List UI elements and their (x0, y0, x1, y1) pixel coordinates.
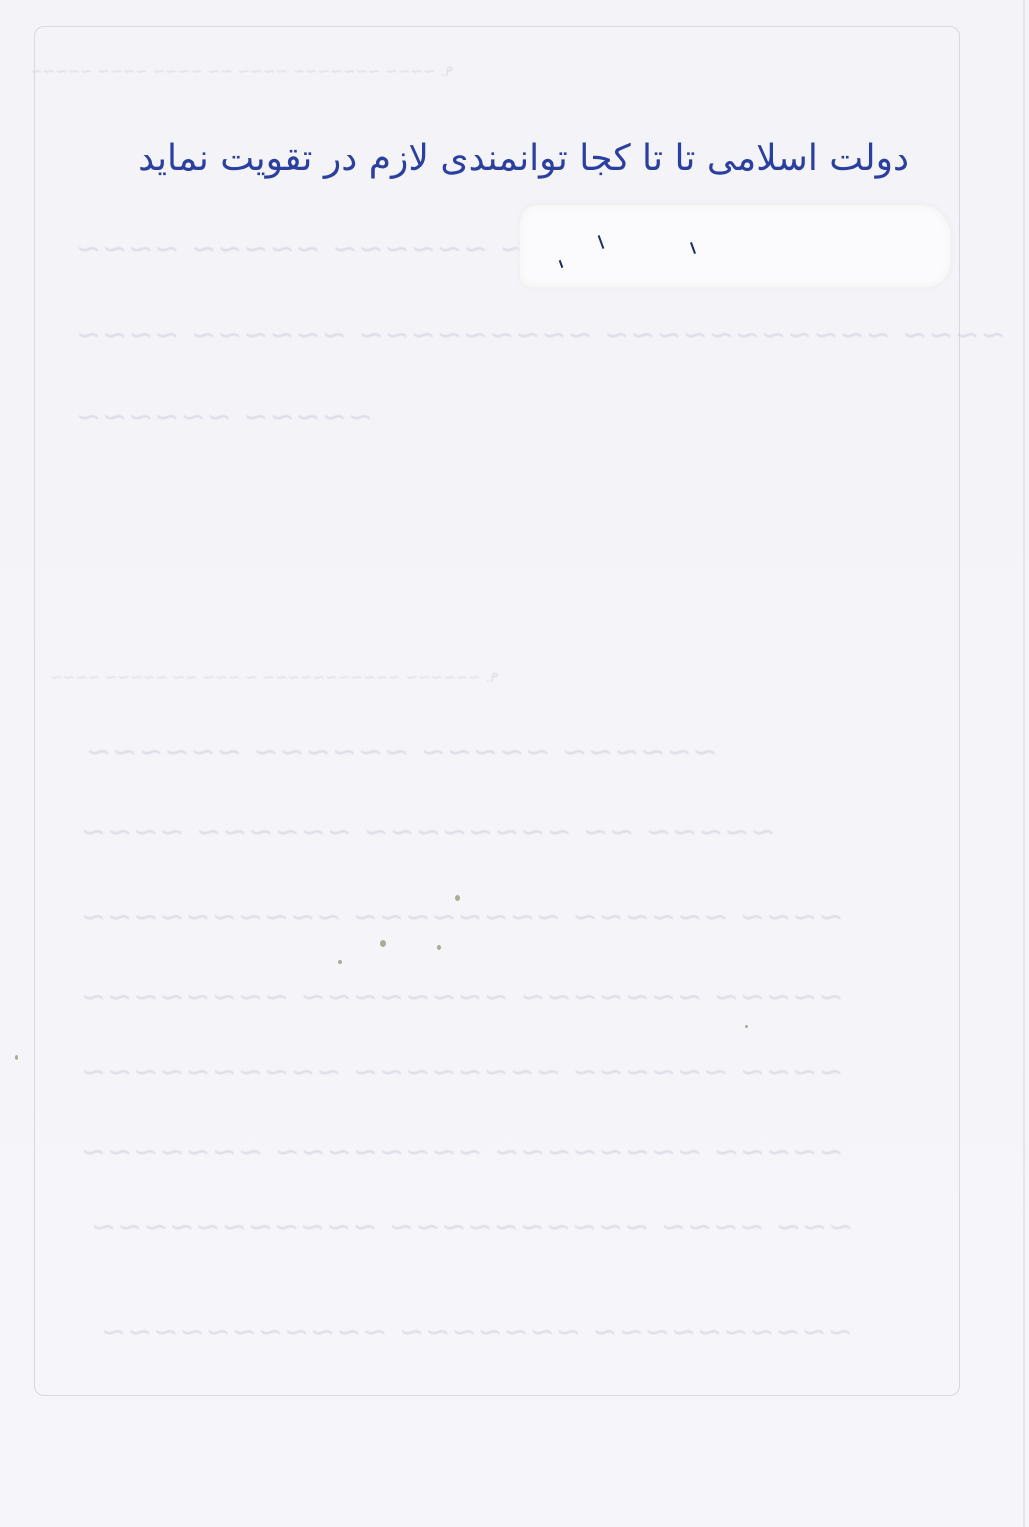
paper-speck (455, 895, 460, 901)
ink-remnant (690, 242, 696, 254)
scanned-page: ۹. ~~~~ ~~~~~~~ ~~~~ ~~ ~~~~ ~~~~ ~~~~~ … (0, 0, 1029, 1527)
correction-fluid-patch (520, 205, 950, 287)
paper-speck (338, 960, 342, 964)
bleed-through-line: ~~~ ~~~~ ~~~~~~~~~~ ~~~~~~~~~~~ (90, 1210, 853, 1245)
bleed-through-line: ~~~~~ ~~ ~~~~~~~~ ~~~~~~ ~~~~ (80, 815, 776, 850)
bleed-through-header-1: ۹. ~~~~ ~~~~~~~ ~~~~ ~~ ~~~~ ~~~~ ~~~~~ (30, 62, 453, 80)
paper-speck (15, 1055, 18, 1060)
bleed-through-line: ~~~~~ ~~~~~~~~ ~~~~~~~~ ~~~~~~~ (80, 1135, 843, 1170)
bleed-through-line: ~~~~ ~~~~~~ ~~~~~~~~ ~~~~~~~~~~ (80, 1055, 843, 1090)
bleed-through-header-2: ۹. ~~~~~~ ~~~~~~~~~~~ ~ ~~~ ~~ ~~~~~ ~~~… (50, 668, 498, 686)
paper-speck (380, 940, 386, 947)
handwritten-answer-line: دولت اسلامی تا تا کجا توانمندی لازم در ت… (138, 138, 909, 179)
bleed-through-line: ~~~~ ~~~~~~~~~~~ ~~~~~~~~~ ~~~~~~ ~~~~ (75, 318, 1006, 353)
paper-speck (437, 945, 441, 950)
paper-speck (745, 1025, 748, 1028)
ink-remnant (598, 235, 605, 249)
ink-remnant (559, 260, 564, 268)
bleed-through-line: ~~~~ ~~~~~~ ~~~~~~~~ ~~~~~~~~~~ (80, 900, 843, 935)
bleed-through-line: ~~~~~~~~~~ ~~~~~~~ ~~~~~~~~~~~ (100, 1315, 853, 1350)
bleed-through-line: ~~~~~~ ~~~~~ ~~~~~~ ~~~~~~ (85, 735, 718, 770)
page-edge (1023, 0, 1025, 1527)
bleed-through-line: ~~~~~ ~~~~~~~ ~~~~~~~~ ~~~~~~~~ (80, 980, 843, 1015)
bleed-through-line: ~~~~~ ~~~~~~ (75, 400, 373, 435)
